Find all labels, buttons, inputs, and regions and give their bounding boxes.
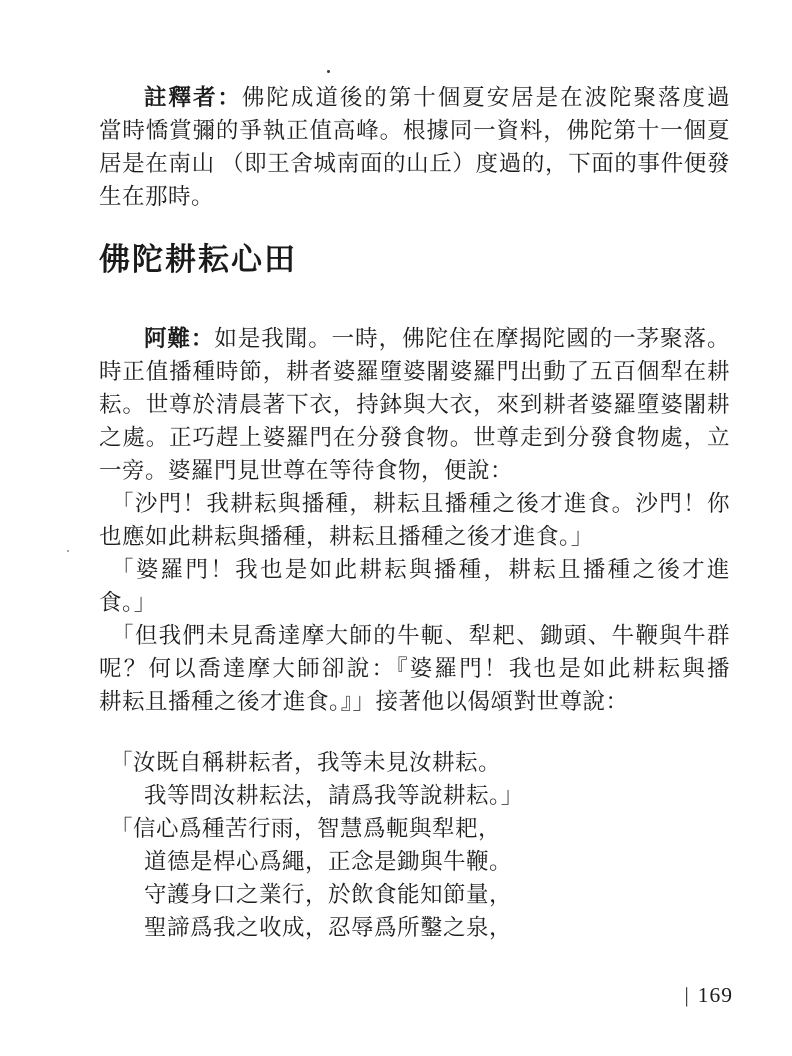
- text-line: 註釋者：佛陀成道後的第十個夏安居是在波陀聚落度過的，: [99, 81, 730, 114]
- verse-line: 守護身口之業行，於飲食能知節量，: [99, 878, 730, 911]
- text-line: 耘。世尊於清晨著下衣，持鉢與大衣，來到耕者婆羅墮婆闍耕耘: [99, 388, 730, 421]
- verse-line: 「汝既自稱耕耘者，我等未見汝耕耘。: [99, 746, 730, 779]
- text-line: 呢？何以喬達摩大師卻說：『婆羅門！我也是如此耕耘與播種，: [99, 652, 730, 685]
- text-line: 居是在南山 （即王舍城南面的山丘）度過的，下面的事件便發: [99, 147, 730, 180]
- main-text-block: 阿難：如是我聞。一時，佛陀住在摩揭陀國的一茅聚落。那 時正值播種時節，耕者婆羅墮…: [99, 322, 730, 944]
- text-line: 食。」: [99, 586, 730, 619]
- text-line: 耕耘且播種之後才進食。』」接著他以偈頌對世尊說：: [99, 685, 730, 718]
- ananda-paragraph: 阿難：如是我聞。一時，佛陀住在摩揭陀國的一茅聚落。那 時正值播種時節，耕者婆羅墮…: [99, 322, 730, 487]
- text-line: 之處。正巧趕上婆羅門在分發食物。世尊走到分發食物處，立於: [99, 421, 730, 454]
- verse-line: 我等問汝耕耘法，請爲我等說耕耘。」: [99, 779, 730, 812]
- scan-artifact-dot: [327, 70, 330, 73]
- scan-artifact-dot: [67, 550, 69, 552]
- text-line: 時正值播種時節，耕者婆羅墮婆闍婆羅門出動了五百個犁在耕: [99, 355, 730, 388]
- buddha-reply-paragraph: 「婆羅門！我也是如此耕耘與播種，耕耘且播種之後才進 食。」: [99, 553, 730, 619]
- page-number-separator: |: [684, 983, 689, 1007]
- annotator-note-paragraph: 註釋者：佛陀成道後的第十個夏安居是在波陀聚落度過的， 當時憍賞彌的爭執正值高峰。…: [99, 81, 730, 213]
- text-line: 當時憍賞彌的爭執正值高峰。根據同一資料，佛陀第十一個夏安: [99, 114, 730, 147]
- page-number: |169: [684, 983, 733, 1008]
- verse-line: 聖諦爲我之收成，忍辱爲所鑿之泉，: [99, 911, 730, 944]
- text-line: 「婆羅門！我也是如此耕耘與播種，耕耘且播種之後才進: [99, 553, 730, 586]
- verse-line: 道德是桿心爲繩，正念是鋤與牛鞭。: [99, 845, 730, 878]
- annotator-note-block: 註釋者：佛陀成道後的第十個夏安居是在波陀聚落度過的， 當時憍賞彌的爭執正值高峰。…: [99, 81, 730, 281]
- annotator-note-lead: 註釋者：: [144, 85, 242, 110]
- verse-line: 「信心爲種苦行雨，智慧爲軛與犁耙，: [99, 812, 730, 845]
- page-number-value: 169: [698, 983, 733, 1007]
- text-line: 「但我們未見喬達摩大師的牛軛、犁耙、鋤頭、牛鞭與牛群: [99, 619, 730, 652]
- brahmin-question-paragraph: 「但我們未見喬達摩大師的牛軛、犁耙、鋤頭、牛鞭與牛群 呢？何以喬達摩大師卻說：『…: [99, 619, 730, 718]
- text-line: 阿難：如是我聞。一時，佛陀住在摩揭陀國的一茅聚落。那: [99, 322, 730, 355]
- section-heading: 佛陀耕耘心田: [99, 239, 730, 281]
- text-line: 「沙門！我耕耘與播種，耕耘且播種之後才進食。沙門！你: [99, 487, 730, 520]
- text-line: 一旁。婆羅門見世尊在等待食物，便說：: [99, 454, 730, 487]
- verse-block: 「汝既自稱耕耘者，我等未見汝耕耘。 我等問汝耕耘法，請爲我等說耕耘。」 「信心爲…: [99, 746, 730, 944]
- text-line: 生在那時。: [99, 180, 730, 213]
- text-line: 也應如此耕耘與播種，耕耘且播種之後才進食。」: [99, 520, 730, 553]
- book-page: 註釋者：佛陀成道後的第十個夏安居是在波陀聚落度過的， 當時憍賞彌的爭執正值高峰。…: [0, 0, 792, 1056]
- ananda-lead: 阿難：: [144, 326, 214, 351]
- brahmin-speech-paragraph: 「沙門！我耕耘與播種，耕耘且播種之後才進食。沙門！你 也應如此耕耘與播種，耕耘且…: [99, 487, 730, 553]
